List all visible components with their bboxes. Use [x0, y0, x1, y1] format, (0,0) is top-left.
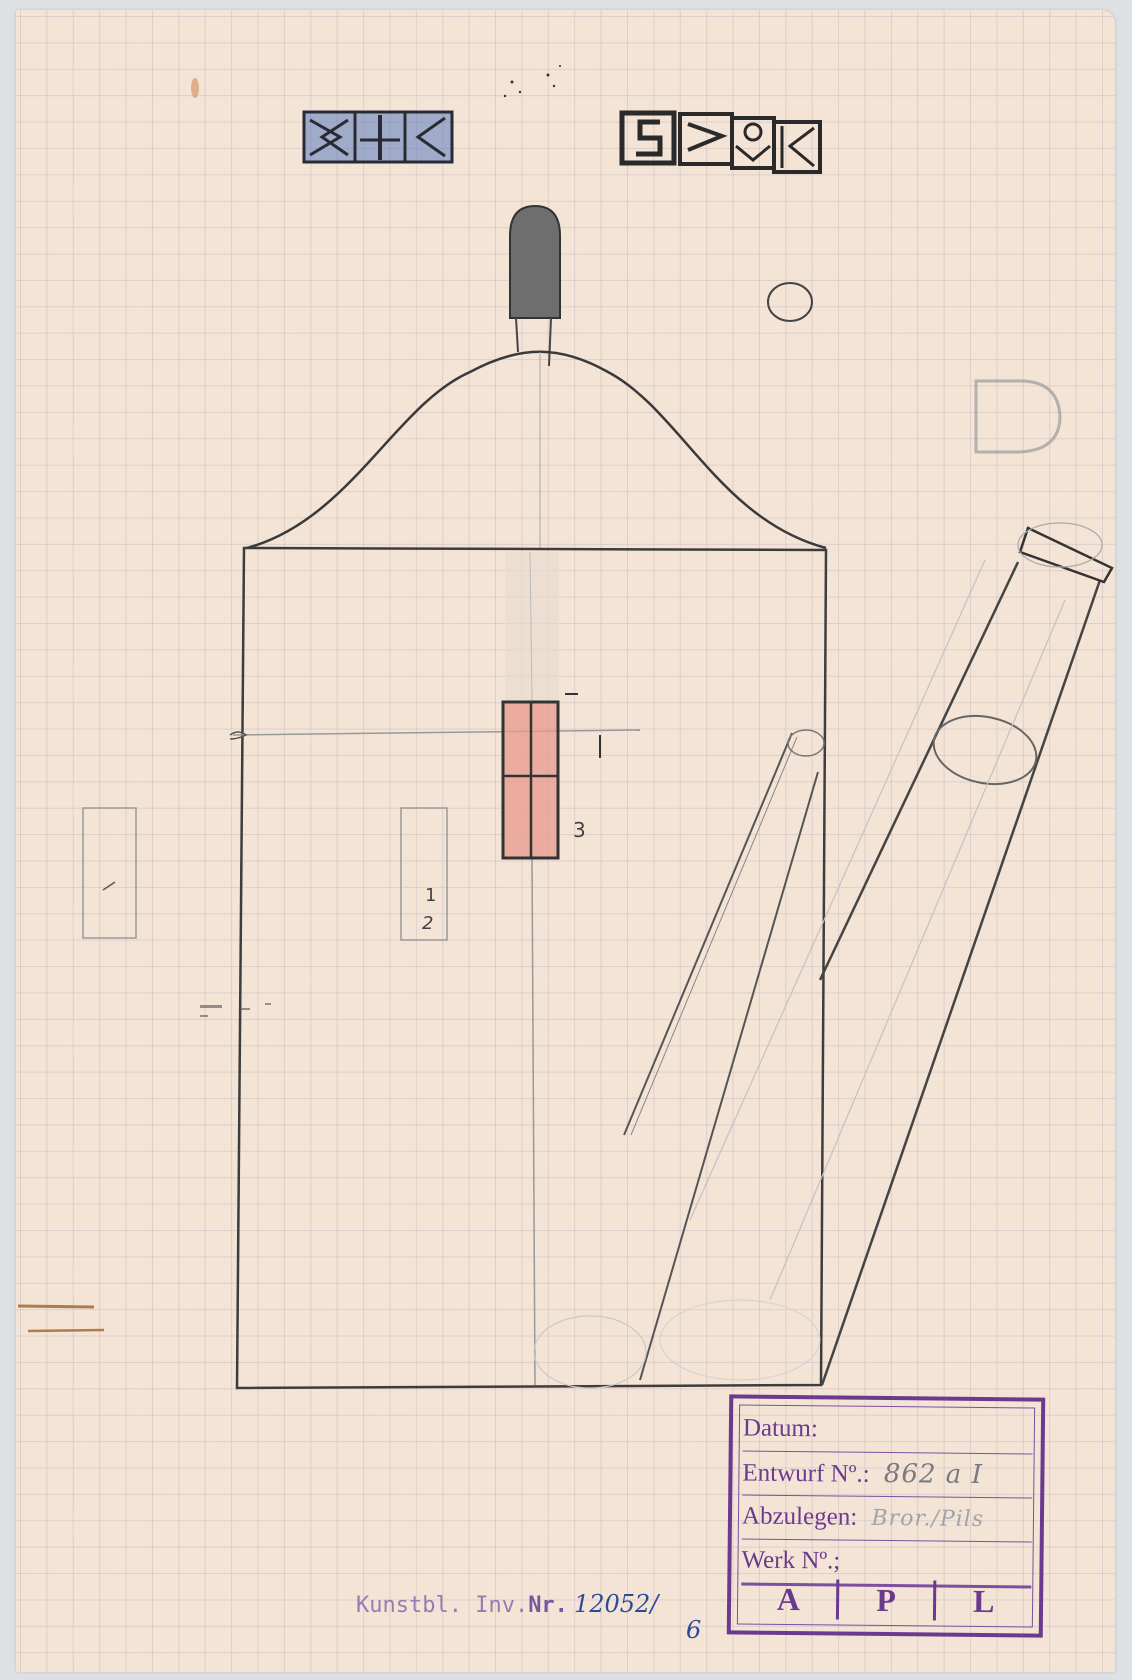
stamp-row-entwurf: Entwurf Nº.: 862 a I: [742, 1450, 1032, 1498]
inventory-number-value: 12052/: [574, 1590, 658, 1618]
lid-knob: [510, 206, 560, 366]
stamp-value-abzulegen: Bror./Pils: [871, 1497, 984, 1542]
inventory-number-sub: 6: [686, 1616, 701, 1644]
stamp-value-entwurf: 862 a I: [884, 1452, 983, 1497]
window-number: 3: [573, 818, 586, 842]
ink-smudge: [200, 1003, 271, 1017]
stamp-category-p: P: [839, 1581, 934, 1619]
archive-stamp: Datum: Entwurf Nº.: 862 a I Abzulegen: B…: [727, 1394, 1045, 1637]
stamp-category-a: A: [741, 1580, 836, 1618]
side-panel-left: [83, 808, 136, 938]
stamp-category-l: L: [936, 1582, 1031, 1620]
side-panel-mark-2: 2: [422, 913, 433, 934]
rust-stains: [18, 78, 199, 1331]
pencil-specks: [504, 65, 561, 97]
monogram-right: [622, 113, 820, 172]
stamp-label-datum: Datum:: [743, 1406, 818, 1451]
inventory-nr-label: Nr.: [528, 1593, 568, 1618]
inventory-prefix: Kunstbl. Inv.: [356, 1593, 528, 1618]
domed-lid: [247, 352, 826, 548]
faint-letter-d: [976, 381, 1060, 452]
monogram-left: [304, 112, 452, 163]
stamp-row-abzulegen: Abzulegen: Bror./Pils: [742, 1494, 1032, 1542]
stamp-label-entwurf: Entwurf Nº.:: [742, 1451, 870, 1496]
side-panel-mark-1: 1: [425, 885, 436, 906]
stamp-label-abzulegen: Abzulegen:: [742, 1494, 858, 1539]
pot-body: [233, 548, 826, 1388]
stamp-category-row: A P L: [741, 1572, 1032, 1627]
small-circle-mark: [768, 283, 812, 321]
inventory-number: Kunstbl. Inv.Nr.12052/ 6: [356, 1590, 658, 1618]
stamp-row-datum: Datum:: [743, 1406, 1033, 1454]
